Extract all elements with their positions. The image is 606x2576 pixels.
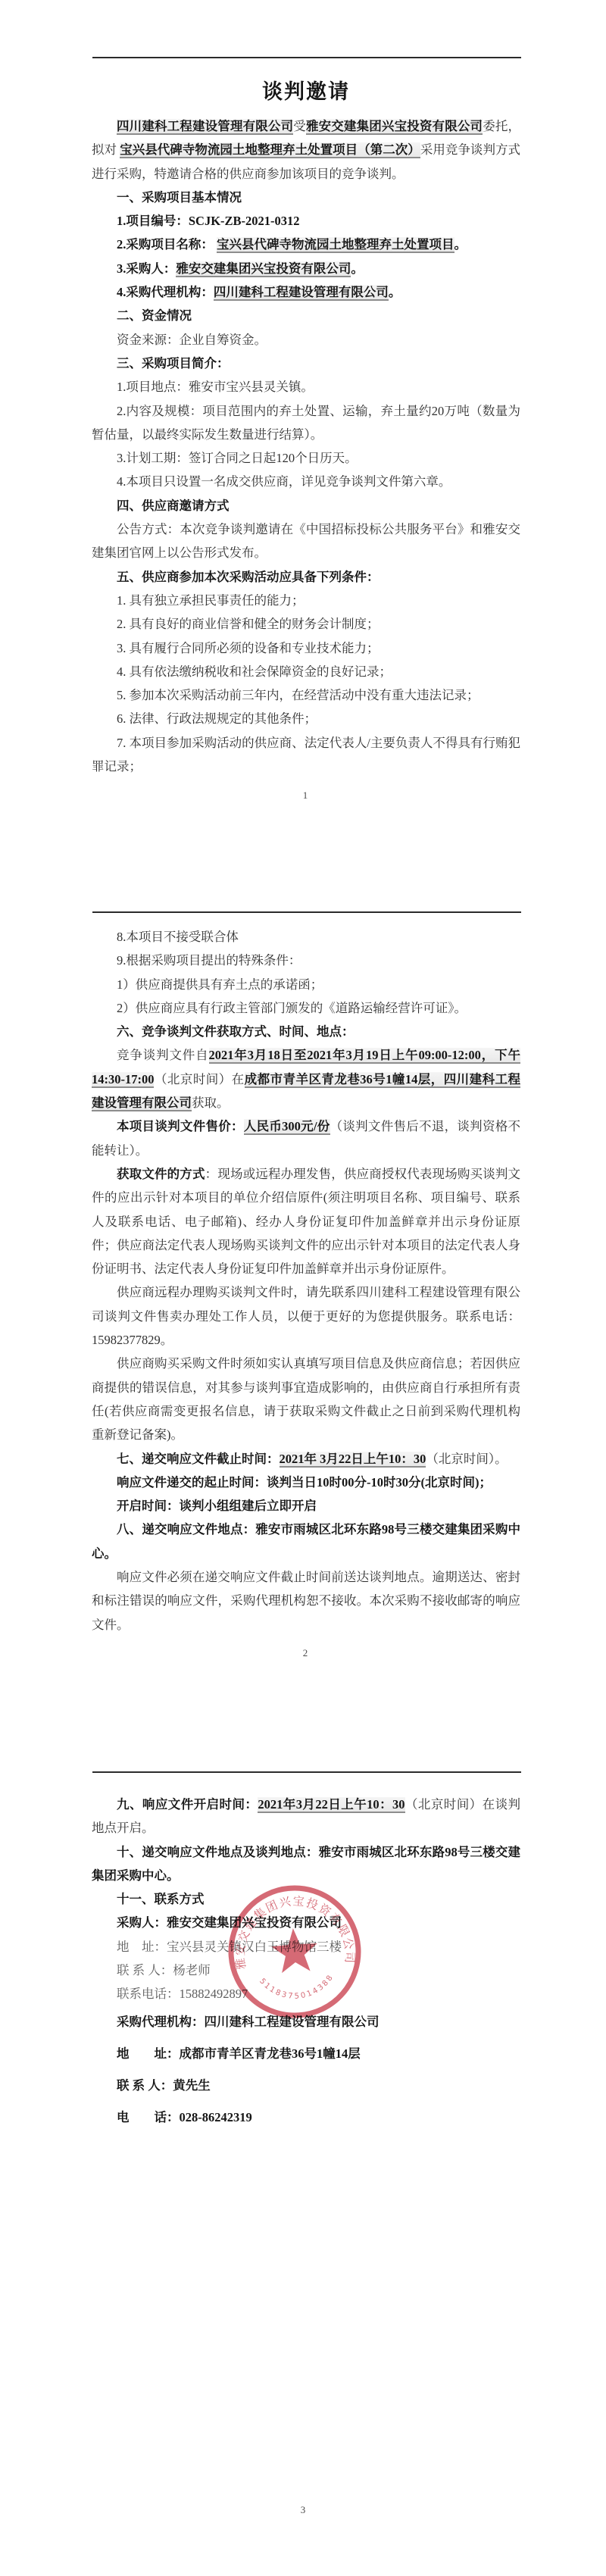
paragraph: 4.本项目只设置一名成交供应商，详见竞争谈判文件第六章。	[92, 470, 520, 493]
text-run: （北京时间）。	[426, 1452, 507, 1466]
paragraph: 一、采购项目基本情况	[92, 186, 520, 209]
paragraph: 联 系 人：黄先生	[92, 2070, 520, 2102]
text-run: 供应商购买采购文件时须如实认真填写项目信息及供应商信息；若因供应商提供的错误信息…	[92, 1356, 520, 1442]
page-number: 1	[289, 789, 322, 802]
paragraph: 公告方式：本次竞争谈判邀请在《中国招标投标公共服务平台》和雅安交建集团官网上以公…	[92, 517, 520, 565]
text-run: 人民币300元/份	[244, 1119, 330, 1135]
text-run: 九、响应文件开启时间：	[117, 1797, 258, 1812]
paragraph: 四川建科工程建设管理有限公司受雅安交建集团兴宝投资有限公司委托，拟对 宝兴县代碑…	[92, 114, 520, 186]
text-run: 8.本项目不接受联合体	[117, 930, 239, 944]
text-run: 。	[389, 285, 401, 299]
page-divider-rule	[92, 57, 521, 58]
paragraph: 六、竞争谈判文件获取方式、时间、地点：	[92, 1020, 520, 1043]
text-run: 受	[293, 119, 306, 133]
paragraph: 响应文件必须在递交响应文件截止时间前送达谈判地点。逾期送达、密封和标注错误的响应…	[92, 1565, 520, 1637]
paragraph: 2.采购项目名称： 宝兴县代碑寺物流园土地整理弃土处置项目。	[92, 233, 520, 256]
text-run: 1.项目地点：雅安市宝兴县灵关镇。	[117, 380, 314, 394]
text-run: 开启时间：谈判小组组建后立即开启	[117, 1499, 317, 1513]
text-run: 资金来源：企业自筹资金。	[117, 333, 267, 347]
paragraph: 五、供应商参加本次采购活动应具备下列条件：	[92, 565, 520, 589]
text-run: 响应文件必须在递交响应文件截止时间前送达谈判地点。逾期送达、密封和标注错误的响应…	[92, 1570, 520, 1632]
text-run: 1）供应商提供具有弃土点的承诺函；	[117, 977, 323, 992]
paragraph: 1.项目地点：雅安市宝兴县灵关镇。	[92, 375, 520, 399]
text-run: 宝兴县代碑寺物流园土地整理弃土处置项目（第二次）	[120, 142, 420, 158]
paragraph: 电 话：028-86242319	[92, 2102, 520, 2134]
paragraph: 竞争谈判文件自2021年3月18日至2021年3月19日上午09:00-12:0…	[92, 1043, 520, 1114]
text-run: 八、递交响应文件地点：雅安市雨城区北环东路98号三楼交建集团采购中心。	[92, 1522, 520, 1560]
seal-code: 5118375014388	[258, 1972, 337, 2003]
text-run: 联 系 人：黄先生	[117, 2078, 211, 2093]
text-run: 四、供应商邀请方式	[117, 499, 230, 513]
page-2-content: 8.本项目不接受联合体9.根据采购项目提出的特殊条件：1）供应商提供具有弃土点的…	[92, 925, 520, 1637]
paragraph: 7. 本项目参加采购活动的供应商、法定代表人/主要负责人不得具有行贿犯罪记录；	[92, 731, 520, 779]
text-run: 竞争谈判文件自	[117, 1048, 209, 1062]
paragraph: 4.采购代理机构：四川建科工程建设管理有限公司。	[92, 280, 520, 304]
text-run: 2.内容及规模：项目范围内的弃土处置、运输，弃土量约20万吨（数量为暂估量，以最…	[92, 404, 520, 442]
text-run: 公告方式：本次竞争谈判邀请在《中国招标投标公共服务平台》和雅安交建集团官网上以公…	[92, 522, 520, 560]
text-run: 二、资金情况	[117, 308, 192, 323]
star-icon	[270, 1927, 320, 1974]
text-run: 五、供应商参加本次采购活动应具备下列条件：	[117, 570, 380, 584]
paragraph: 8.本项目不接受联合体	[92, 925, 520, 949]
paragraph: 供应商远程办理购买谈判文件时，请先联系四川建科工程建设管理有限公司谈判文件售卖办…	[92, 1280, 520, 1352]
text-run: 7. 本项目参加采购活动的供应商、法定代表人/主要负责人不得具有行贿犯罪记录；	[92, 736, 520, 774]
text-run: 3.采购人：	[117, 261, 176, 276]
text-run: 。	[454, 237, 467, 252]
paragraph: 1）供应商提供具有弃土点的承诺函；	[92, 973, 520, 996]
text-run: 电 话：028-86242319	[117, 2110, 252, 2124]
text-run: 4. 具有依法缴纳税收和社会保障资金的良好记录；	[117, 664, 392, 679]
text-run: 七、递交响应文件截止时间：	[117, 1452, 280, 1466]
page-number: 2	[289, 1647, 322, 1659]
text-run: 供应商远程办理购买谈判文件时，请先联系四川建科工程建设管理有限公司谈判文件售卖办…	[92, 1285, 520, 1347]
text-run: 。	[351, 261, 364, 276]
paragraph: 资金来源：企业自筹资金。	[92, 328, 520, 352]
paragraph: 2）供应商应具有行政主管部门颁发的《道路运输经营许可证》。	[92, 996, 520, 1020]
paragraph: 获取文件的方式：现场或远程办理发售，供应商授权代表现场购买谈判文件的应出示针对本…	[92, 1162, 520, 1280]
paragraph: 七、递交响应文件截止时间：2021年 3月22日上午10：30（北京时间）。	[92, 1447, 520, 1471]
text-run: 5. 参加本次采购活动前三年内，在经营活动中没有重大违法记录；	[117, 688, 479, 702]
paragraph: 4. 具有依法缴纳税收和社会保障资金的良好记录；	[92, 660, 520, 683]
paragraph: 2.内容及规模：项目范围内的弃土处置、运输，弃土量约20万吨（数量为暂估量，以最…	[92, 399, 520, 447]
paragraph: 3.采购人：雅安交建集团兴宝投资有限公司。	[92, 257, 520, 280]
text-run: 联 系 人：杨老师	[117, 1963, 211, 1977]
paragraph: 1. 具有独立承担民事责任的能力；	[92, 589, 520, 612]
paragraph: 5. 参加本次采购活动前三年内，在经营活动中没有重大违法记录；	[92, 683, 520, 707]
text-run: 1. 具有独立承担民事责任的能力；	[117, 593, 305, 608]
text-run: 谈判邀请	[262, 80, 350, 103]
paragraph: 1.项目编号：SCJK-ZB-2021-0312	[92, 209, 520, 233]
page-number: 3	[286, 2504, 320, 2516]
text-run: 获取。	[192, 1096, 230, 1110]
text-run: 3. 具有履行合同所必须的设备和专业技术能力；	[117, 641, 380, 655]
text-run: 9.根据采购项目提出的特殊条件：	[117, 953, 301, 968]
paragraph: 三、采购项目简介：	[92, 352, 520, 375]
page-1-content: 谈判邀请四川建科工程建设管理有限公司受雅安交建集团兴宝投资有限公司委托，拟对 宝…	[92, 73, 520, 778]
paragraph: 四、供应商邀请方式	[92, 494, 520, 517]
paragraph: 3.计划工期：签订合同之日起120个日历天。	[92, 446, 520, 470]
paragraph: 供应商购买采购文件时须如实认真填写项目信息及供应商信息；若因供应商提供的错误信息…	[92, 1352, 520, 1446]
text-run: 宝兴县代碑寺物流园土地整理弃土处置项目	[217, 237, 454, 253]
text-run: 4.本项目只设置一名成交供应商，详见竞争谈判文件第六章。	[117, 474, 451, 489]
text-run: 2021年3月22日上午10：30	[258, 1797, 405, 1813]
paragraph: 二、资金情况	[92, 304, 520, 327]
text-run: 四川建科工程建设管理有限公司	[117, 119, 293, 135]
paragraph: 八、递交响应文件地点：雅安市雨城区北环东路98号三楼交建集团采购中心。	[92, 1518, 520, 1565]
text-run: 3.计划工期：签订合同之日起120个日历天。	[117, 451, 358, 465]
paragraph: 响应文件递交的起止时间：谈判当日10时00分-10时30分(北京时间)；	[92, 1471, 520, 1494]
text-run: 本项目谈判文件售价：	[117, 1119, 244, 1133]
text-run: ：现场或远程办理发售，供应商授权代表现场购买谈判文件的应出示针对本项目的单位介绍…	[92, 1167, 520, 1276]
paragraph: 本项目谈判文件售价：人民币300元/份（谈判文件售后不退，谈判资格不能转让）。	[92, 1114, 520, 1162]
text-run: 三、采购项目简介：	[117, 356, 230, 370]
paragraph: 9.根据采购项目提出的特殊条件：	[92, 949, 520, 972]
paragraph: 3. 具有履行合同所必须的设备和专业技术能力；	[92, 636, 520, 660]
paragraph: 6. 法律、行政法规规定的其他条件；	[92, 707, 520, 730]
paragraph: 谈判邀请	[92, 73, 520, 110]
text-run: 4.采购代理机构：	[117, 285, 214, 299]
text-run: 2. 具有良好的商业信誉和健全的财务会计制度；	[117, 617, 380, 631]
paragraph: 开启时间：谈判小组组建后立即开启	[92, 1494, 520, 1518]
text-run: 响应文件递交的起止时间：谈判当日10时00分-10时30分(北京时间)；	[117, 1475, 492, 1490]
text-run: 2.采购项目名称：	[117, 237, 217, 252]
text-run: （北京时间）在	[154, 1072, 244, 1086]
text-run: 雅安交建集团兴宝投资有限公司	[176, 261, 351, 277]
text-run: 获取文件的方式	[117, 1167, 205, 1181]
text-run: 四川建科工程建设管理有限公司	[214, 285, 389, 301]
text-run: 一、采购项目基本情况	[117, 190, 242, 205]
paragraph: 九、响应文件开启时间：2021年3月22日上午10：30（北京时间）在谈判地点开…	[92, 1793, 520, 1840]
company-seal-stamp: 雅安交建集团兴宝投资有限公司 5118375014388	[201, 1862, 388, 2044]
text-run: 6. 法律、行政法规规定的其他条件；	[117, 711, 317, 726]
text-run: 六、竞争谈判文件获取方式、时间、地点：	[117, 1024, 355, 1039]
text-run: 1.项目编号：SCJK-ZB-2021-0312	[117, 214, 300, 228]
page-divider-rule	[92, 911, 521, 913]
page-divider-rule	[92, 1771, 521, 1773]
text-run: 2）供应商应具有行政主管部门颁发的《道路运输经营许可证》。	[117, 1001, 467, 1015]
text-run: 地 址：成都市青羊区青龙巷36号1幢14层	[117, 2046, 361, 2061]
text-run: 十一、联系方式	[117, 1892, 205, 1906]
text-run: 2021年 3月22日上午10：30	[280, 1452, 426, 1468]
text-run: 雅安交建集团兴宝投资有限公司	[306, 119, 483, 135]
paragraph: 2. 具有良好的商业信誉和健全的财务会计制度；	[92, 612, 520, 636]
